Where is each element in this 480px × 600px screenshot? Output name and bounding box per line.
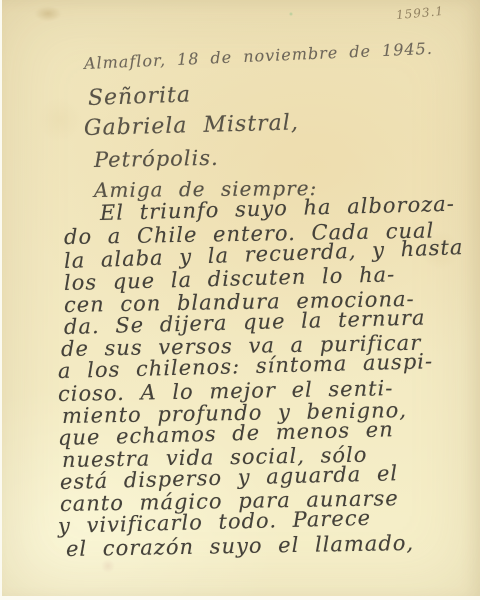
catalog-number: 1593.1	[395, 4, 444, 22]
handwritten-letter-scan: 1593.1 Almaflor, 18 de noviembre de 1945…	[0, 0, 480, 600]
recipient-line: Petrópolis.	[94, 146, 219, 172]
recipient-line: Gabriela Mistral,	[84, 110, 299, 141]
faint-embossed-stamp	[28, 2, 68, 28]
body-line: el corazón suyo el llamado,	[66, 531, 415, 561]
recipient-line: Señorita	[88, 82, 192, 111]
dateline: Almaflor, 18 de noviembre de 1945.	[84, 39, 434, 73]
